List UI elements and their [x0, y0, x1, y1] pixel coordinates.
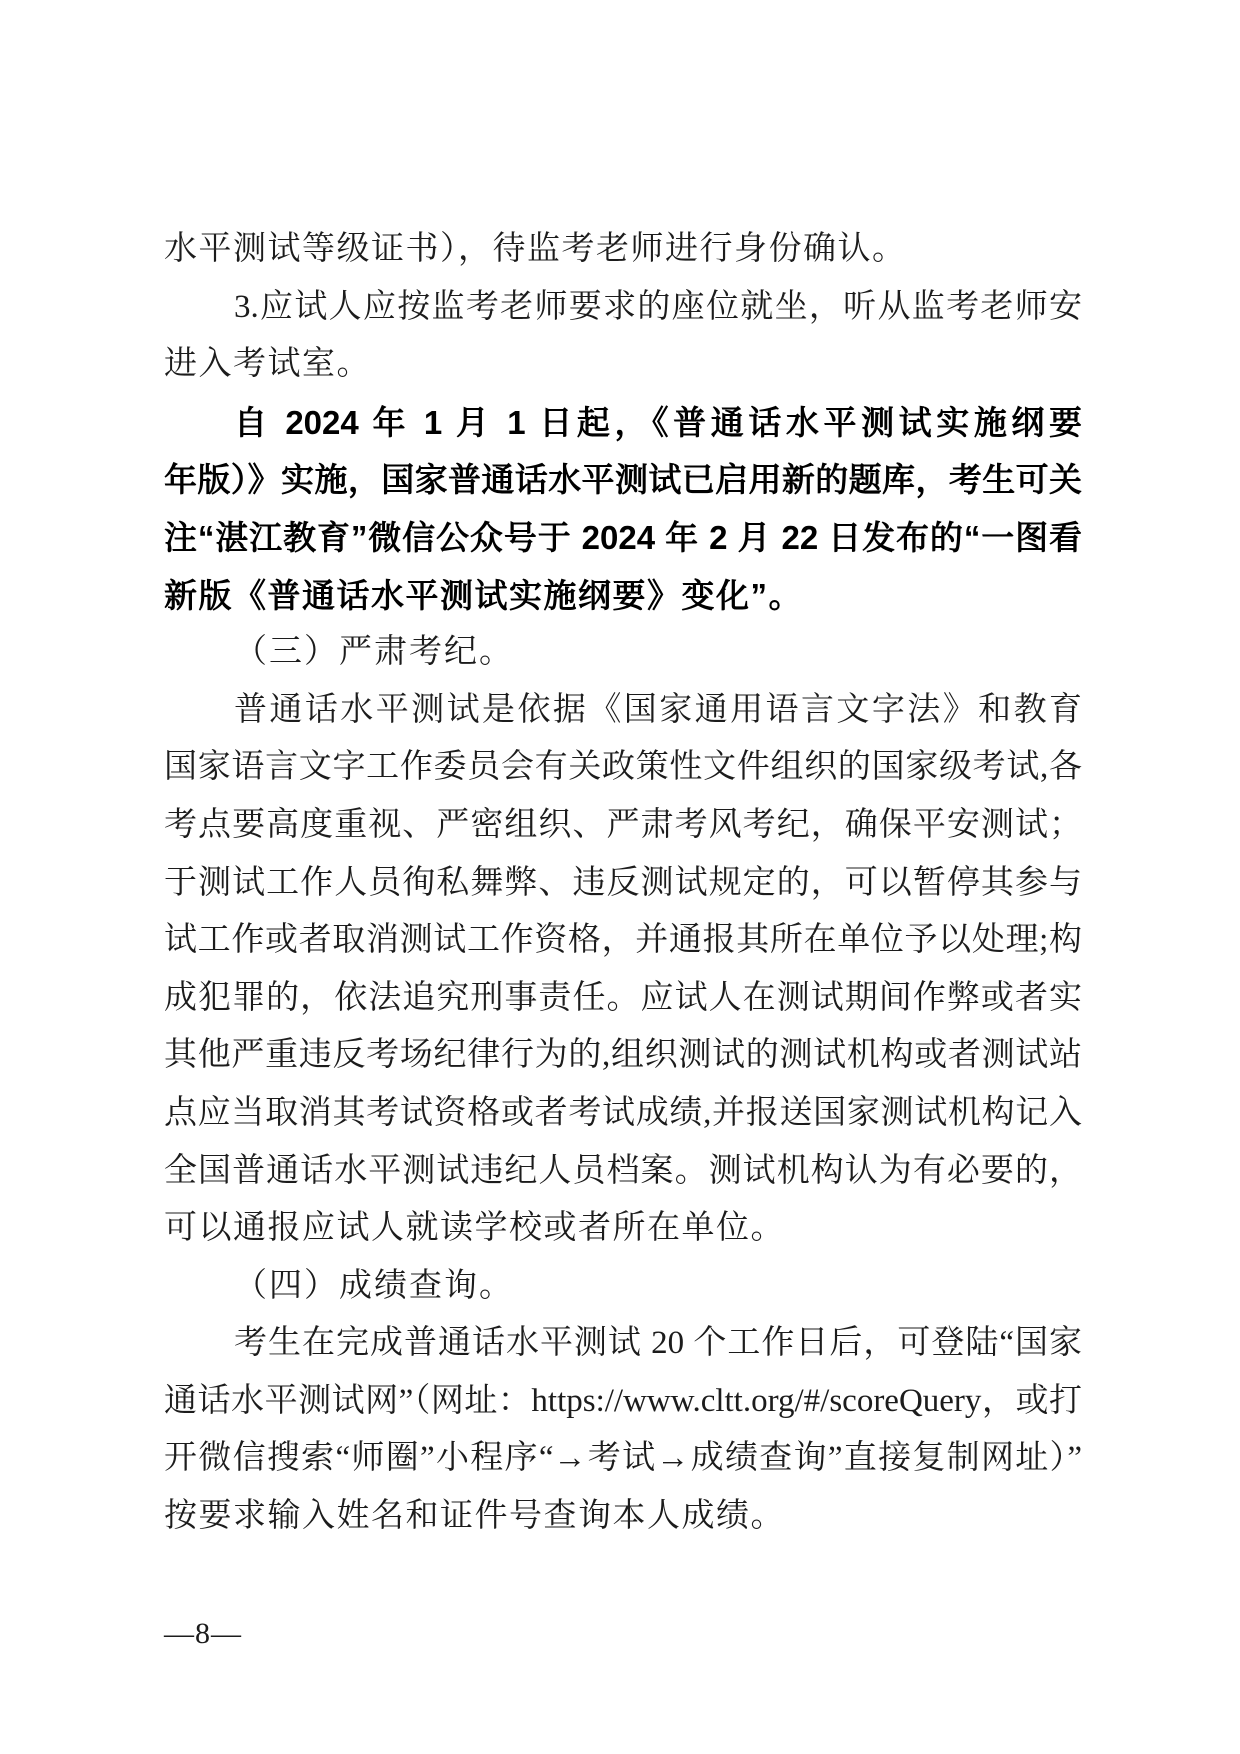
text-line: 普通话水平测试是依据《国家通用语言文字法》和教育部、	[164, 682, 1082, 740]
page-number: —8—	[164, 1613, 242, 1655]
text-line: 考生在完成普通话水平测试 20 个工作日后，可登陆“国家普	[164, 1315, 1082, 1373]
text-line: （四）成绩查询。	[164, 1258, 1082, 1316]
text-line: 开微信搜索“师圈”小程序“→考试→成绩查询”直接复制网址）”	[164, 1430, 1082, 1488]
text-line: （三）严肃考纪。	[164, 624, 1082, 682]
text-line: 3.应试人应按监考老师要求的座位就坐，听从监考老师安排	[164, 279, 1082, 337]
text-line: 考点要高度重视、严密组织、严肃考风考纪，确保平安测试；对	[164, 797, 1082, 855]
text-line: 其他严重违反考场纪律行为的,组织测试的测试机构或者测试站	[164, 1027, 1082, 1085]
text-line: 新版《普通话水平测试实施纲要》变化”。	[164, 567, 1082, 625]
text-line: 可以通报应试人就读学校或者所在单位。	[164, 1200, 1082, 1258]
document-body: 水平测试等级证书），待监考老师进行身份确认。3.应试人应按监考老师要求的座位就坐…	[164, 221, 1082, 1546]
text-line: 于测试工作人员徇私舞弊、违反测试规定的，可以暂停其参与测	[164, 855, 1082, 913]
text-line: 年版）》实施，国家普通话水平测试已启用新的题库，考生可关	[164, 451, 1082, 509]
text-line: 水平测试等级证书），待监考老师进行身份确认。	[164, 221, 1082, 279]
text-line: 进入考试室。	[164, 336, 1082, 394]
text-line: 试工作或者取消测试工作资格，并通报其所在单位予以处理;构	[164, 912, 1082, 970]
text-line: 点应当取消其考试资格或者考试成绩,并报送国家测试机构记入	[164, 1085, 1082, 1143]
text-line: 成犯罪的，依法追究刑事责任。应试人在测试期间作弊或者实施	[164, 970, 1082, 1028]
text-line: 自 2024 年 1 月 1 日起，《普通话水平测试实施纲要（2021	[164, 394, 1082, 452]
text-line: 注“湛江教育”微信公众号于 2024 年 2 月 22 日发布的“一图看懂	[164, 509, 1082, 567]
text-line: 全国普通话水平测试违纪人员档案。测试机构认为有必要的，还	[164, 1143, 1082, 1201]
document-page: 水平测试等级证书），待监考老师进行身份确认。3.应试人应按监考老师要求的座位就坐…	[0, 0, 1240, 1754]
text-line: 通话水平测试网”（网址：https://www.cltt.org/#/score…	[164, 1373, 1082, 1431]
text-line: 国家语言文字工作委员会有关政策性文件组织的国家级考试,各	[164, 739, 1082, 797]
text-line: 按要求输入姓名和证件号查询本人成绩。	[164, 1488, 1082, 1546]
